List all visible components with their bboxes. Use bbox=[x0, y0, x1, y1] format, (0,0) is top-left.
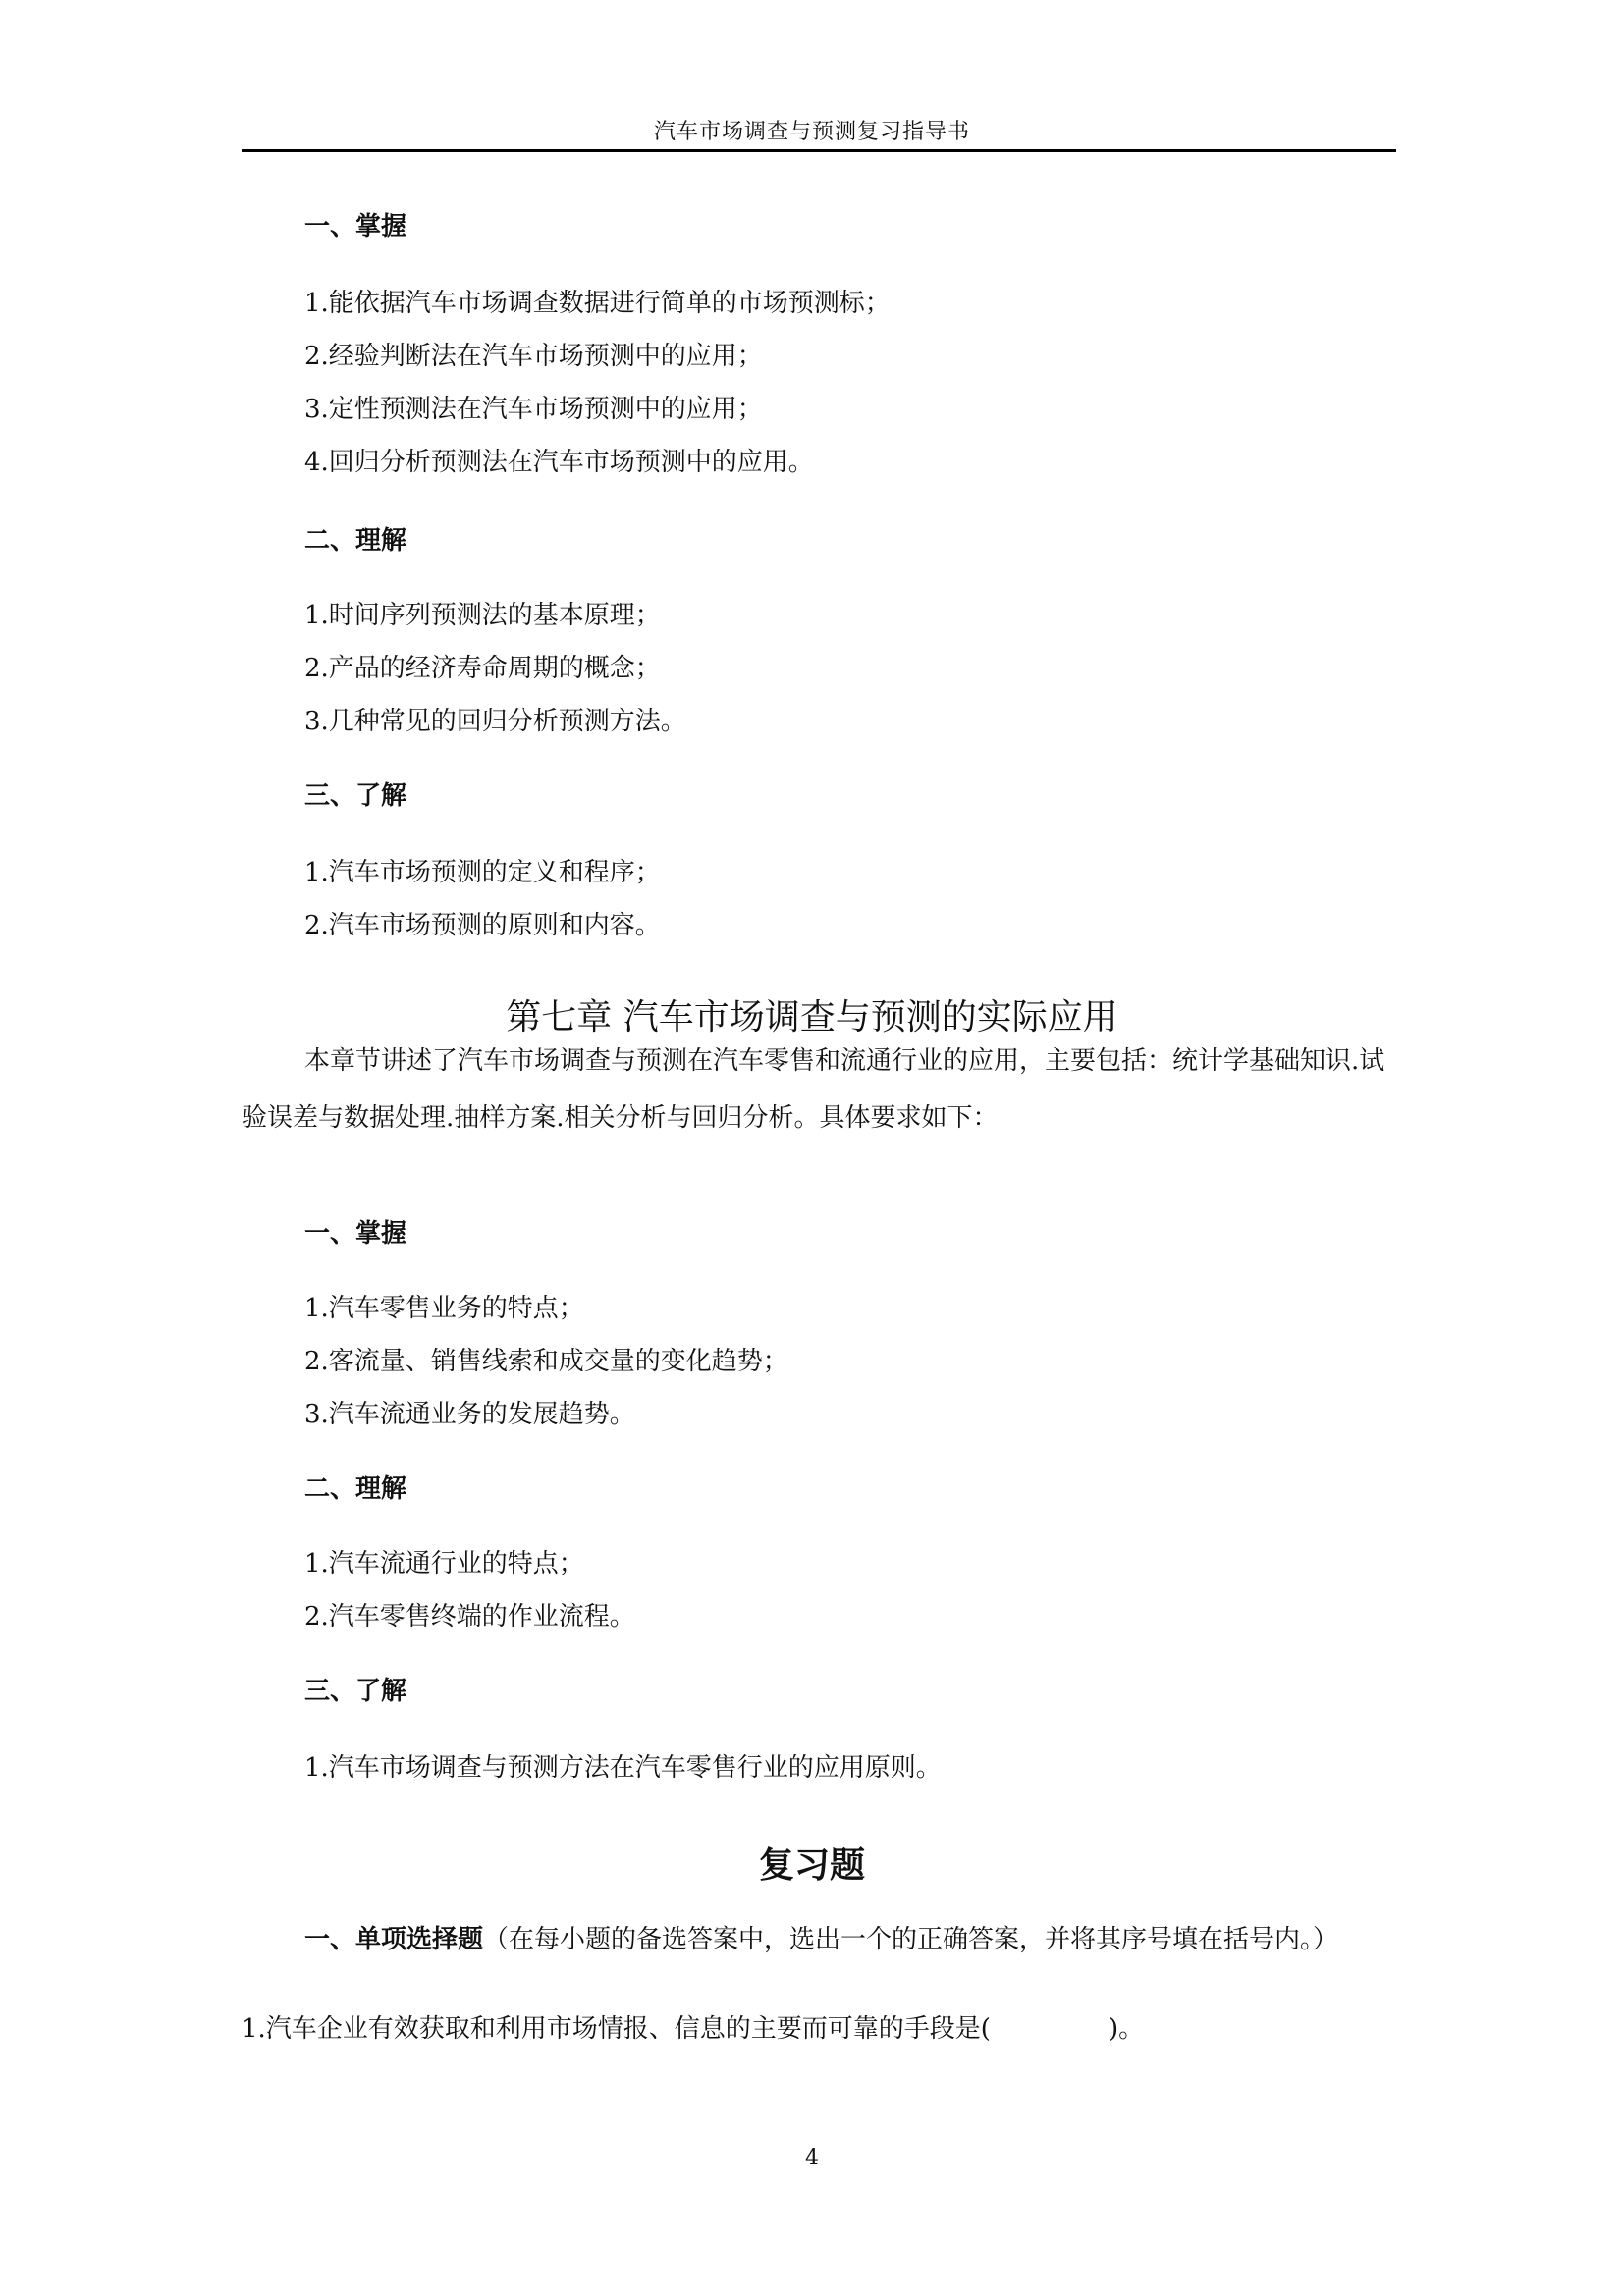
review-title: 复习题 bbox=[0, 1838, 1624, 1888]
question-section-instruction: （在每小题的备选答案中，选出一个的正确答案，并将其序号填在括号内。） bbox=[483, 1925, 1338, 1954]
section-heading-know: 三、了解 bbox=[304, 775, 406, 812]
list-item: 1.汽车市场预测的定义和程序； bbox=[304, 852, 661, 888]
question-section-label: 一、单项选择题 bbox=[304, 1925, 483, 1954]
list-item: 3.汽车流通业务的发展趋势。 bbox=[304, 1394, 635, 1430]
list-item: 2.汽车市场预测的原则和内容。 bbox=[304, 905, 661, 941]
chapter-intro: 本章节讲述了汽车市场调查与预测在汽车零售和流通行业的应用，主要包括：统计学基础知… bbox=[242, 1033, 1400, 1147]
section-heading-master: 一、掌握 bbox=[304, 206, 406, 242]
question-section-heading: 一、单项选择题（在每小题的备选答案中，选出一个的正确答案，并将其序号填在括号内。… bbox=[242, 1920, 1400, 1959]
section-heading-know: 三、了解 bbox=[304, 1671, 406, 1707]
list-item: 2.经验判断法在汽车市场预测中的应用； bbox=[304, 336, 763, 372]
section-heading-master: 一、掌握 bbox=[304, 1213, 406, 1250]
list-item: 3.定性预测法在汽车市场预测中的应用； bbox=[304, 389, 763, 425]
list-item: 2.汽车零售终端的作业流程。 bbox=[304, 1596, 635, 1632]
list-item: 1.汽车市场调查与预测方法在汽车零售行业的应用原则。 bbox=[304, 1747, 942, 1784]
question-text: 1.汽车企业有效获取和利用市场情报、信息的主要而可靠的手段是( bbox=[242, 2014, 991, 2044]
page-number: 4 bbox=[0, 2146, 1624, 2170]
question-item: 1.汽车企业有效获取和利用市场情报、信息的主要而可靠的手段是()。 bbox=[242, 2008, 1144, 2045]
list-item: 2.产品的经济寿命周期的概念； bbox=[304, 648, 661, 684]
question-close: )。 bbox=[1109, 2014, 1144, 2044]
section-heading-understand: 二、理解 bbox=[304, 520, 406, 557]
list-item: 1.能依据汽车市场调查数据进行简单的市场预测标； bbox=[304, 283, 891, 319]
header-divider bbox=[242, 149, 1396, 152]
list-item: 4.回归分析预测法在汽车市场预测中的应用。 bbox=[304, 442, 814, 478]
list-item: 1.汽车流通行业的特点； bbox=[304, 1543, 584, 1579]
section-heading-understand: 二、理解 bbox=[304, 1468, 406, 1505]
list-item: 1.时间序列预测法的基本原理； bbox=[304, 595, 661, 631]
running-header: 汽车市场调查与预测复习指导书 bbox=[0, 115, 1624, 145]
list-item: 1.汽车零售业务的特点； bbox=[304, 1288, 584, 1324]
list-item: 2.客流量、销售线索和成交量的变化趋势； bbox=[304, 1341, 788, 1377]
list-item: 3.几种常见的回归分析预测方法。 bbox=[304, 701, 686, 737]
